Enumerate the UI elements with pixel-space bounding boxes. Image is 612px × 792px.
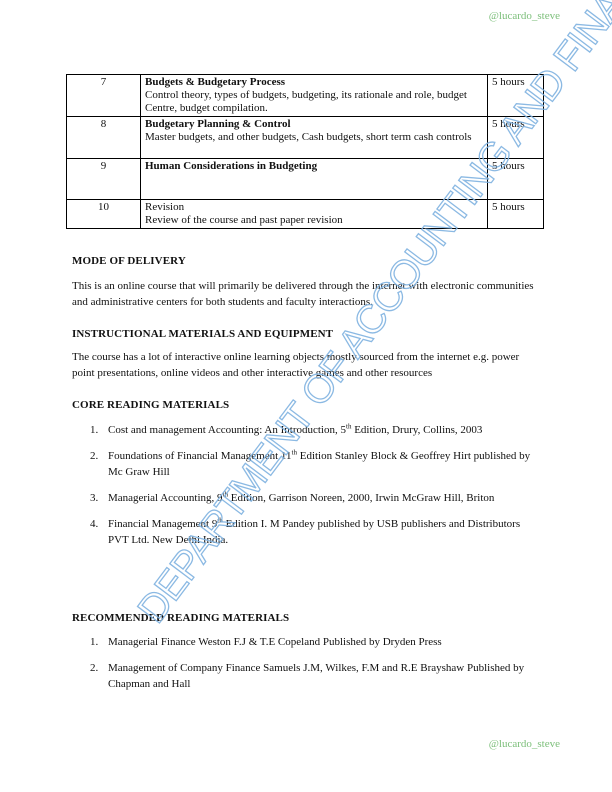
list-item: 2.Management of Company Finance Samuels … [72, 660, 542, 692]
core-reading-list: 1.Cost and management Accounting: An Int… [72, 422, 542, 548]
topic-title: Budgetary Planning & Control [145, 118, 483, 131]
week-number: 8 [67, 117, 141, 159]
recommended-reading-section: RECOMMENDED READING MATERIALS 1.Manageri… [72, 612, 542, 702]
section-heading: INSTRUCTIONAL MATERIALS AND EQUIPMENT [72, 328, 542, 340]
topic-cell: Revision Review of the course and past p… [141, 200, 488, 229]
list-item: 3.Managerial Accounting, 9th Edition, Ga… [72, 490, 542, 506]
hours: 5 hours [488, 75, 544, 117]
week-number: 10 [67, 200, 141, 229]
section-text: The course has a lot of interactive onli… [72, 349, 542, 381]
topic-cell: Budgetary Planning & Control Master budg… [141, 117, 488, 159]
recommended-reading-list: 1.Managerial Finance Weston F.J & T.E Co… [72, 634, 542, 692]
hours: 5 hours [488, 200, 544, 229]
topic-description: Control theory, types of budgets, budget… [145, 89, 483, 115]
core-reading-section: CORE READING MATERIALS 1.Cost and manage… [72, 399, 542, 558]
topic-title: Human Considerations in Budgeting [145, 160, 483, 173]
author-handle-bottom: @lucardo_steve [489, 738, 560, 750]
table-row: 9 Human Considerations in Budgeting 5 ho… [67, 159, 544, 200]
course-schedule-table: 7 Budgets & Budgetary Process Control th… [66, 74, 544, 229]
table-row: 7 Budgets & Budgetary Process Control th… [67, 75, 544, 117]
list-item: 1.Cost and management Accounting: An Int… [72, 422, 542, 438]
week-number: 9 [67, 159, 141, 200]
week-number: 7 [67, 75, 141, 117]
list-item: 4.Financial Management 9th Edition I. M … [72, 516, 542, 548]
topic-cell: Budgets & Budgetary Process Control theo… [141, 75, 488, 117]
mode-of-delivery-section: MODE OF DELIVERY This is an online cours… [72, 255, 542, 310]
list-item: 1.Managerial Finance Weston F.J & T.E Co… [72, 634, 542, 650]
section-heading: MODE OF DELIVERY [72, 255, 542, 267]
topic-title: Budgets & Budgetary Process [145, 76, 483, 89]
topic-description: Review of the course and past paper revi… [145, 214, 483, 227]
table-row: 8 Budgetary Planning & Control Master bu… [67, 117, 544, 159]
list-item: 2.Foundations of Financial Management 11… [72, 448, 542, 480]
hours: 5 hours [488, 117, 544, 159]
hours: 5 hours [488, 159, 544, 200]
section-text: This is an online course that will prima… [72, 278, 542, 310]
topic-description: Master budgets, and other budgets, Cash … [145, 131, 483, 144]
topic-cell: Human Considerations in Budgeting [141, 159, 488, 200]
section-heading: RECOMMENDED READING MATERIALS [72, 612, 542, 624]
section-heading: CORE READING MATERIALS [72, 399, 542, 411]
instructional-materials-section: INSTRUCTIONAL MATERIALS AND EQUIPMENT Th… [72, 328, 542, 381]
author-handle-top: @lucardo_steve [489, 10, 560, 22]
table-row: 10 Revision Review of the course and pas… [67, 200, 544, 229]
topic-title: Revision [145, 201, 483, 214]
